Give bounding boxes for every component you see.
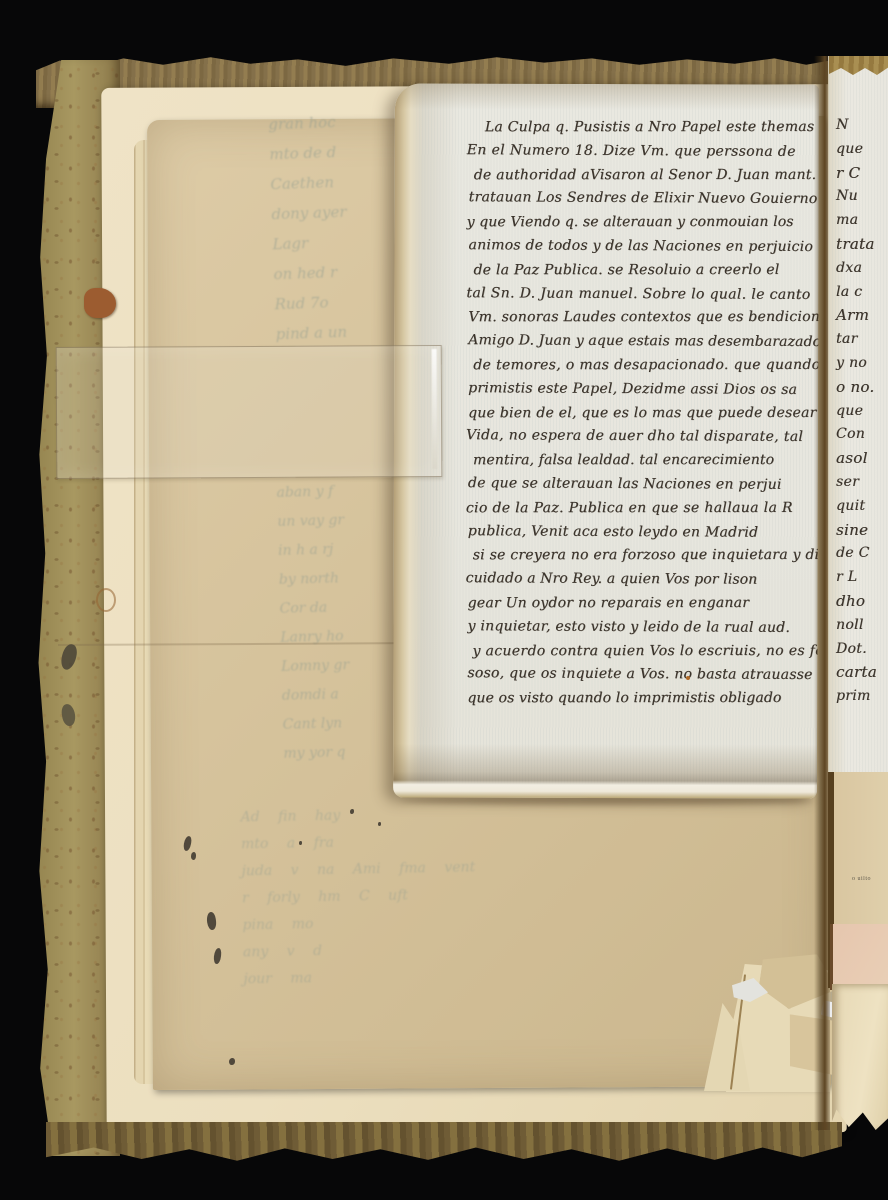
text-line: animos de todos y de las Naciones en per… (468, 234, 814, 260)
text-line: o no. (836, 376, 877, 400)
text-line: publica, Venit aca esto leydo en Madrid (468, 520, 814, 546)
text-line: que os visto quando lo imprimistis oblig… (467, 687, 813, 711)
book-cover-bottom-edge (46, 1122, 842, 1166)
text-line: gran hoc (268, 107, 344, 140)
ghost-text-top: gran hocmto de dCaethendony ayerLagron h… (268, 107, 351, 349)
text-line: Lomny gr (281, 651, 350, 682)
ink-blot (191, 852, 196, 860)
right-page-top-edge (829, 56, 888, 76)
text-line: cuidado a Nro Rey. a quien Vos por lison (466, 567, 814, 593)
text-line: Cant lyn (282, 709, 351, 740)
text-line: Dot. (836, 638, 877, 662)
text-line: En el Numero 18. Dize Vm. que perssona d… (467, 139, 815, 165)
text-line: y no (836, 352, 877, 376)
text-line: ser (836, 471, 877, 495)
text-line: y acuerdo contra quien Vos lo escriuis, … (472, 639, 813, 663)
text-line: tar (836, 328, 877, 352)
text-line: que (836, 400, 877, 424)
text-line: on hed r (273, 257, 349, 290)
ink-blot (378, 822, 381, 826)
text-line: dxa (836, 257, 877, 281)
text-line: y inquietar, esto visto y leido de la ru… (467, 615, 813, 641)
text-line: Arm (836, 304, 877, 328)
text-line: Caethen (270, 167, 346, 200)
text-line: by north (278, 564, 347, 595)
text-line: N (836, 114, 877, 138)
text-line: Con (836, 423, 877, 447)
ring-stain (96, 588, 116, 612)
manuscript-text: La Culpa q. Pusistis a Nro Papel este th… (467, 116, 815, 712)
photo-backdrop: gran hocmto de dCaethendony ayerLagron h… (0, 0, 888, 1200)
text-line: la c (836, 281, 877, 305)
text-line: r L (836, 566, 877, 590)
text-line: trata (836, 233, 877, 257)
ink-blot (299, 841, 302, 845)
text-line: asol (836, 447, 877, 471)
page-top-shadow (395, 83, 819, 110)
text-line: aban y f (276, 477, 345, 508)
text-line: Cor da (279, 593, 348, 624)
pink-paper-fragment (830, 924, 888, 990)
ink-blot (229, 1058, 235, 1065)
text-line: y que Viendo q. se alterauan y conmouian… (467, 211, 815, 235)
text-line: Lanry ho (280, 622, 349, 653)
text-line: un vay gr (277, 506, 346, 537)
text-line: tal Sn. D. Juan manuel. Sobre lo qual. l… (466, 282, 814, 308)
text-line: dony ayer (271, 197, 347, 230)
right-page-text: Nquer CNumatratadxala cArmtary noo no.qu… (836, 114, 877, 709)
page-bottom-curl (393, 743, 817, 798)
text-line: de temores, o mas desapacionado. que qua… (473, 354, 814, 378)
acetate-film-strip (56, 345, 443, 479)
text-line: my yor q (283, 738, 352, 769)
text-line: de authoridad aVisaron al Senor D. Juan … (474, 164, 815, 188)
rust-speck (686, 676, 690, 680)
text-line: que (836, 138, 877, 162)
text-line: de que se alterauan las Naciones en perj… (468, 472, 814, 498)
right-facing-page: Nquer CNumatratadxala cArmtary noo no.qu… (828, 56, 888, 772)
text-line: mentira, falsa lealdad. tal encarecimien… (473, 449, 814, 473)
crumpled-cream-fragment (832, 984, 888, 1130)
text-line: mto de d (269, 137, 345, 170)
ink-blot (350, 809, 354, 814)
text-line: soso, que os inquiete a Vos. no basta at… (467, 663, 813, 689)
text-line: primistis este Papel, Dezidme assi Dios … (468, 377, 814, 403)
text-line: tratauan Los Sendres de Elixir Nuevo Gou… (469, 187, 815, 213)
text-line: de la Paz Publica. se Resoluio a creerlo… (473, 259, 814, 283)
text-line: Vm. sonoras Laudes contextos que es bend… (468, 306, 814, 330)
text-line: Vida, no espera de auer dho tal disparat… (466, 425, 814, 451)
ghost-text-bottom: Ad fin haymto a frajuda v na Ami fma ven… (240, 796, 743, 994)
white-manuscript-page: La Culpa q. Pusistis a Nro Papel este th… (393, 83, 819, 798)
rust-leather-bit (84, 288, 116, 318)
print-fragment-speck: o uilto (852, 876, 871, 882)
film-strip-glint (432, 349, 438, 469)
text-line: Lagr (272, 227, 348, 260)
text-line: noll (836, 614, 877, 638)
text-line: La Culpa q. Pusistis a Nro Papel este th… (485, 116, 815, 140)
text-line: de C (836, 542, 877, 566)
text-line: prim (836, 685, 877, 709)
text-line: quit (836, 495, 877, 519)
text-line: domdi a (282, 680, 351, 711)
text-line: Nu (836, 185, 877, 209)
text-line: r C (836, 162, 877, 186)
ghost-text-middle: aban y fun vay grin h a rjby northCor da… (276, 477, 352, 769)
text-line: ma (836, 209, 877, 233)
text-line: in h a rj (278, 535, 347, 566)
text-line: si se creyera no era forzoso que inquiet… (473, 544, 814, 568)
text-line: sine (836, 519, 877, 543)
text-line: dho (836, 590, 877, 614)
text-line: pind a un (275, 317, 351, 350)
text-line: carta (836, 661, 877, 685)
text-line: gear Un oydor no reparais en enganar (468, 592, 814, 616)
text-line: que bien de el, que es lo mas que puede … (468, 402, 814, 426)
text-line: Amigo D. Juan y aque estais mas desembar… (468, 329, 814, 355)
text-line: cio de la Paz. Publica en que se hallaua… (466, 497, 814, 521)
text-line: Rud 7o (274, 287, 350, 320)
